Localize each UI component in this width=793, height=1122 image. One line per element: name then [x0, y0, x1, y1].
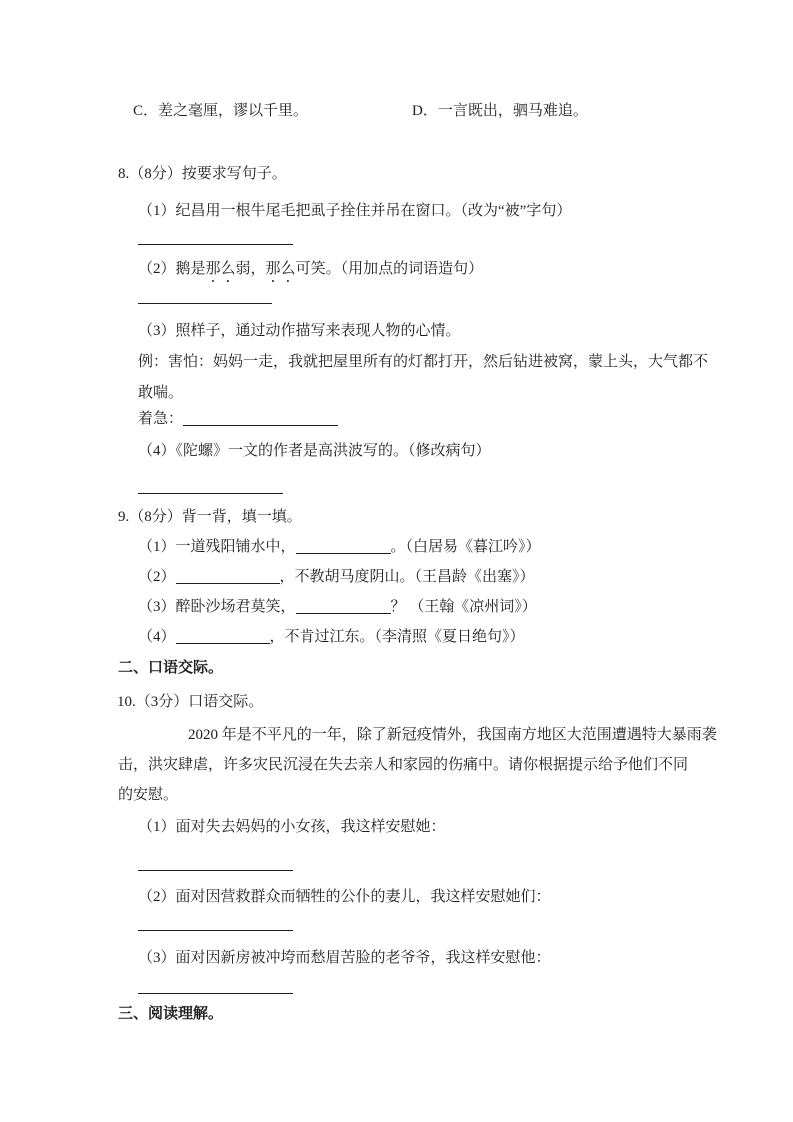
- answer-blank-line: [138, 930, 293, 931]
- emphasized-word: 那么: [266, 261, 296, 277]
- question-10-header: 10.（3分）口语交际。: [117, 694, 263, 711]
- answer-blank: [176, 571, 280, 584]
- section-2-heading: 二、口语交际。: [118, 660, 223, 677]
- verse-text: （3）醉卧沙场君莫笑，: [138, 599, 296, 615]
- emphasized-word: 那么: [206, 261, 236, 277]
- question-8-header: 8.（8分）按要求写句子。: [118, 166, 287, 183]
- answer-blank-line: [138, 303, 272, 304]
- question-8-item-2: （2）鹅是那么弱，那么可笑。（用加点的词语造句）: [138, 261, 483, 286]
- verse-text: （4）: [138, 629, 176, 645]
- exam-paper-page: C．差之毫厘，谬以千里。 D．一言既出，驷马难追。 8.（8分）按要求写句子。 …: [0, 0, 793, 1122]
- option-c: C．差之毫厘，谬以千里。: [133, 103, 308, 120]
- question-9-header: 9.（8分）背一背，填一填。: [118, 509, 302, 526]
- question-10-paragraph-line-1: 2020 年是不平凡的一年，除了新冠疫情外，我国南方地区大范围遭遇特大暴雨袭: [188, 727, 717, 744]
- item-2-text: 可笑。（用加点的词语造句）: [296, 261, 484, 277]
- verse-source: ，不教胡马度阴山。（王昌龄《出塞》）: [280, 569, 535, 585]
- example-sentence-line-1: 例：害怕：妈妈一走，我就把屋里所有的灯都打开，然后钻进被窝，蒙上头，大气都不: [138, 354, 708, 371]
- question-10-item-2: （2）面对因营救群众而牺牲的公仆的妻儿，我这样安慰她们：: [138, 889, 551, 906]
- section-3-heading: 三、阅读理解。: [118, 1006, 223, 1023]
- question-8-item-3-answer-row: 着急：: [138, 411, 338, 428]
- option-d: D．一言既出，驷马难追。: [412, 103, 588, 120]
- question-9-item-3: （3）醉卧沙场君莫笑，？ （王翰《凉州词》）: [138, 599, 537, 616]
- prompt-label: 着急：: [138, 411, 183, 427]
- answer-blank-line: [138, 493, 283, 494]
- answer-blank: [176, 631, 270, 644]
- verse-source: ，不肯过江东。（李清照《夏日绝句》）: [270, 629, 525, 645]
- question-9-item-4: （4），不肯过江东。（李清照《夏日绝句》）: [138, 629, 525, 646]
- question-8-item-4: （4）《陀螺》一文的作者是高洪波写的。（修改病句）: [138, 443, 491, 460]
- question-10-item-3: （3）面对因新房被冲垮而愁眉苦脸的老爷爷，我这样安慰他：: [138, 950, 551, 967]
- verse-source: 。（白居易《暮江吟》）: [391, 539, 541, 555]
- answer-blank: [296, 541, 391, 554]
- question-8-item-3: （3）照样子，通过动作描写来表现人物的心情。: [138, 323, 461, 340]
- item-2-text: （2）鹅是: [138, 261, 206, 277]
- answer-blank: [296, 601, 391, 614]
- answer-blank-line: [138, 870, 293, 871]
- example-sentence-line-2: 敢喘。: [138, 385, 183, 402]
- verse-text: （2）: [138, 569, 176, 585]
- verse-source: ？ （王翰《凉州词》）: [391, 599, 537, 615]
- question-9-item-1: （1）一道残阳铺水中，。（白居易《暮江吟》）: [138, 539, 541, 556]
- answer-blank-line: [138, 993, 293, 994]
- question-10-paragraph-line-2: 击，洪灾肆虐，许多灾民沉浸在失去亲人和家园的伤痛中。请你根据提示给予他们不同: [118, 757, 688, 774]
- verse-text: （1）一道残阳铺水中，: [138, 539, 296, 555]
- answer-blank: [183, 413, 338, 426]
- question-8-item-1: （1）纪昌用一根牛尾毛把虱子拴住并吊在窗口。（改为“被”字句）: [138, 203, 571, 220]
- question-10-paragraph-line-3: 的安慰。: [118, 787, 178, 804]
- answer-blank-line: [138, 244, 293, 245]
- question-9-item-2: （2），不教胡马度阴山。（王昌龄《出塞》）: [138, 569, 535, 586]
- question-10-item-1: （1）面对失去妈妈的小女孩，我这样安慰她：: [138, 819, 446, 836]
- item-2-text: 弱，: [236, 261, 266, 277]
